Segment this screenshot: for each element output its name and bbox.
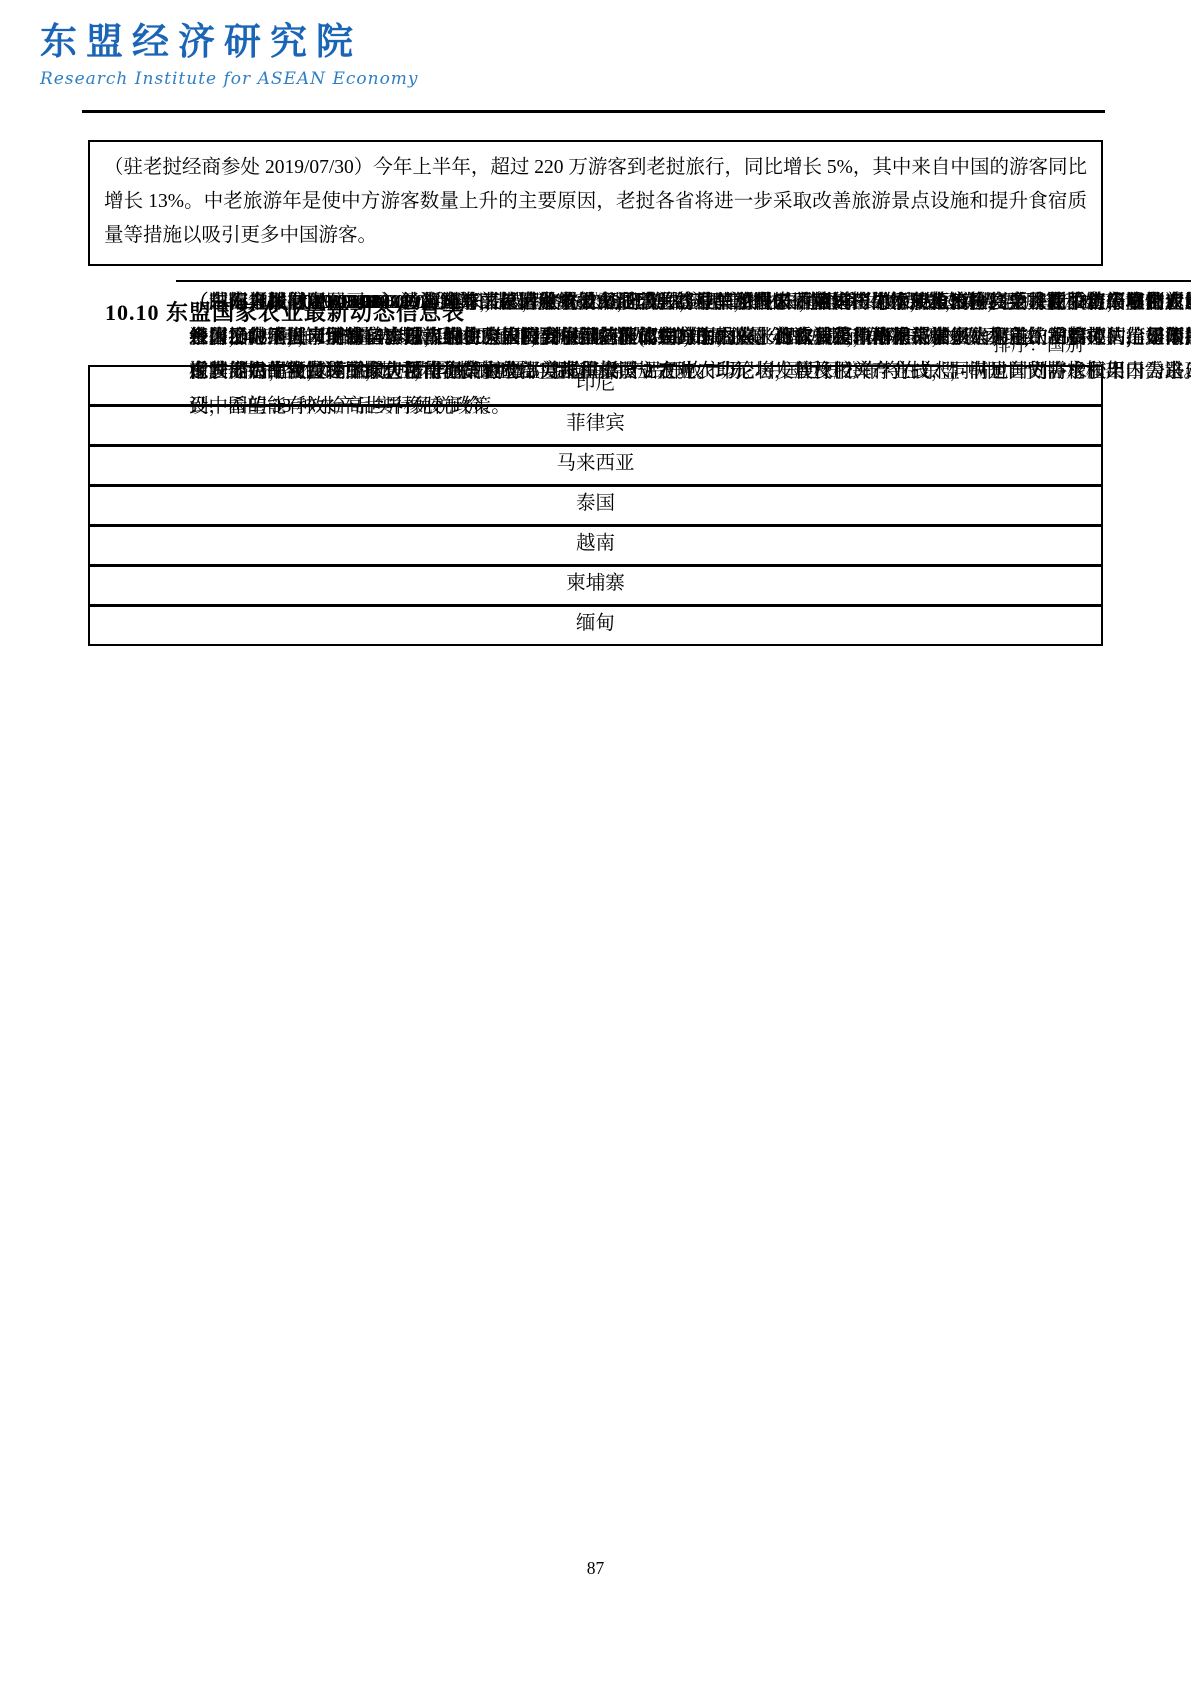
logo-english-subtitle: Research Institute for ASEAN Economy: [40, 69, 419, 89]
country-header-thailand: 泰国: [90, 484, 1101, 524]
content-column: （驻老挝经商参处 2019/07/30）今年上半年，超过 220 万游客到老挝旅…: [88, 140, 1103, 646]
header-divider: [82, 110, 1105, 113]
country-header-malaysia: 马来西亚: [90, 444, 1101, 484]
country-header-vietnam: 越南: [90, 524, 1101, 564]
page-container: 东盟经济研究院 Research Institute for ASEAN Eco…: [0, 0, 1191, 1684]
country-header-cambodia: 柬埔寨: [90, 564, 1101, 604]
laos-news-box: （驻老挝经商参处 2019/07/30）今年上半年，超过 220 万游客到老挝旅…: [88, 140, 1103, 266]
page-number: 87: [0, 1558, 1191, 1579]
agri-news-table: 印尼 （国际日报 2019/03/08）经济统筹部长达尔敏披露，印尼、泰国和马来…: [88, 365, 1103, 646]
news-cell-myanmar: （中粮集团有限公司 2019/06/20）中粮粮谷党委书记、总经理华简代表中粮集…: [176, 280, 1191, 363]
country-header-myanmar: 缅甸: [90, 604, 1101, 644]
logo-chinese-title: 东盟经济研究院: [40, 20, 419, 64]
laos-news-text: （驻老挝经商参处 2019/07/30）今年上半年，超过 220 万游客到老挝旅…: [104, 157, 1087, 246]
institute-logo: 东盟经济研究院 Research Institute for ASEAN Eco…: [40, 20, 419, 89]
